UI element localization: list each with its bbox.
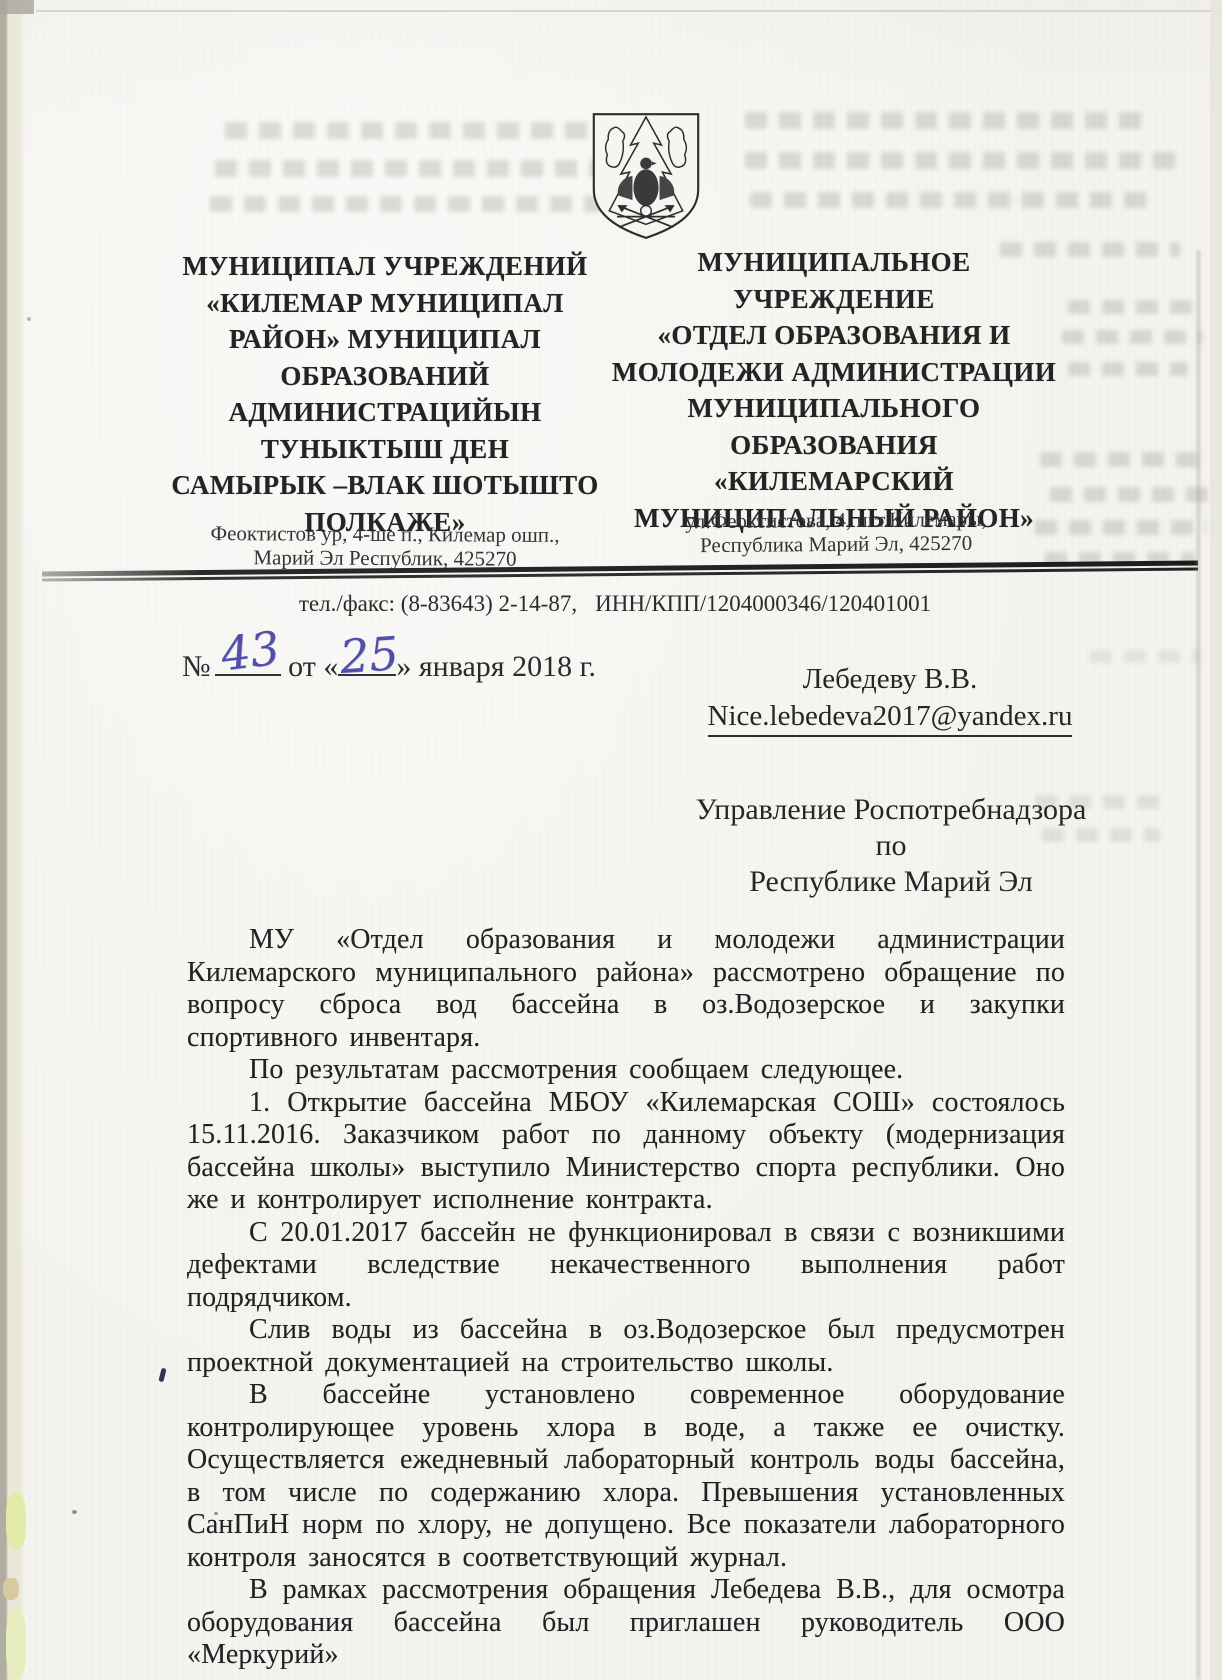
phone-fax: тел./факс: (8-83643) 2-14-87,	[299, 591, 577, 616]
addressee-email: Nice.lebedeva2017@yandex.ru	[708, 699, 1073, 737]
body-paragraph: МУ «Отдел образования и молодежи админис…	[187, 924, 1065, 1054]
paper-crease	[1197, 250, 1200, 1680]
scanned-letter-page: МУНИЦИПАЛ УЧРЕЖДЕНИЙ «КИЛЕМАР МУНИЦИПАЛ …	[0, 0, 1222, 1680]
scan-right-edge	[1210, 0, 1222, 1680]
bleedthrough-artifact	[750, 192, 1150, 208]
contact-line: тел./факс: (8-83643) 2-14-87,ИНН/КПП/120…	[200, 591, 1030, 617]
scan-corner-shade	[0, 0, 34, 14]
bleedthrough-artifact	[1090, 650, 1200, 663]
org-name-right-russian: МУНИЦИПАЛЬНОЕ УЧРЕЖДЕНИЕ «ОТДЕЛ ОБРАЗОВА…	[608, 244, 1060, 536]
scan-edge-stain	[3, 1578, 19, 1600]
bleedthrough-artifact	[1035, 520, 1207, 535]
number-blank: 43	[215, 646, 281, 676]
bleedthrough-artifact	[1068, 362, 1188, 376]
bird-body	[633, 169, 658, 206]
addressee-block: Лебедеву В.В. Nice.lebedeva2017@yandex.r…	[700, 662, 1080, 737]
date-preposition: от «	[288, 650, 338, 683]
address-left: Феоктистов ур, 4-ше п., Килемар ошп., Ма…	[160, 521, 610, 571]
body-paragraph: 1. Открытие бассейна МБОУ «Килемарская С…	[187, 1087, 1065, 1217]
scan-top-edge	[36, 10, 1222, 12]
handwritten-number: 43	[218, 621, 283, 682]
dust-speck	[27, 317, 31, 321]
scan-edge-stain	[6, 1608, 26, 1680]
scan-edge-stain	[6, 1492, 26, 1550]
body-paragraph: В бассейне установлено современное обору…	[187, 1379, 1065, 1574]
bleedthrough-artifact	[745, 152, 1175, 169]
bird-head	[640, 158, 652, 170]
bleedthrough-artifact	[1040, 452, 1208, 467]
body-paragraph: С 20.01.2017 бассейн не функционировал в…	[187, 1217, 1065, 1315]
addressee-name: Лебедеву В.В.	[700, 662, 1080, 697]
body-paragraph: Слив воды из бассейна в оз.Водозерское б…	[187, 1314, 1065, 1379]
scan-edge-strip	[0, 0, 24, 1680]
date-suffix: » января 2018 г.	[396, 650, 596, 683]
dust-speck	[72, 1510, 77, 1514]
coat-of-arms	[588, 108, 704, 244]
reference-line: №43 от «25» января 2018 г.	[182, 646, 596, 684]
body-paragraph: По результатам рассмотрения сообщаем сле…	[187, 1054, 1065, 1087]
org-name-left-mari: МУНИЦИПАЛ УЧРЕЖДЕНИЙ «КИЛЕМАР МУНИЦИПАЛ …	[148, 248, 622, 540]
ink-mark	[158, 1368, 166, 1383]
day-blank: 25	[338, 646, 396, 676]
bleedthrough-artifact	[1068, 300, 1198, 314]
letter-body: МУ «Отдел образования и молодежи админис…	[187, 924, 1065, 1672]
address-right: ул.Феоктистова, 4, пгт.Килемары, Республ…	[618, 506, 1054, 558]
bleedthrough-artifact	[745, 112, 1145, 129]
inn-kpp: ИНН/КПП/1204000346/120401001	[595, 591, 931, 616]
bleedthrough-artifact	[1062, 330, 1202, 344]
number-sign: №	[182, 650, 211, 683]
body-paragraph: В рамках рассмотрения обращения Лебедева…	[187, 1574, 1065, 1672]
dust-speck	[214, 1512, 218, 1515]
handwritten-day: 25	[339, 626, 401, 684]
bleedthrough-artifact	[1050, 487, 1208, 502]
addressee-organization: Управление Роспотребнадзора по Республик…	[690, 792, 1092, 900]
